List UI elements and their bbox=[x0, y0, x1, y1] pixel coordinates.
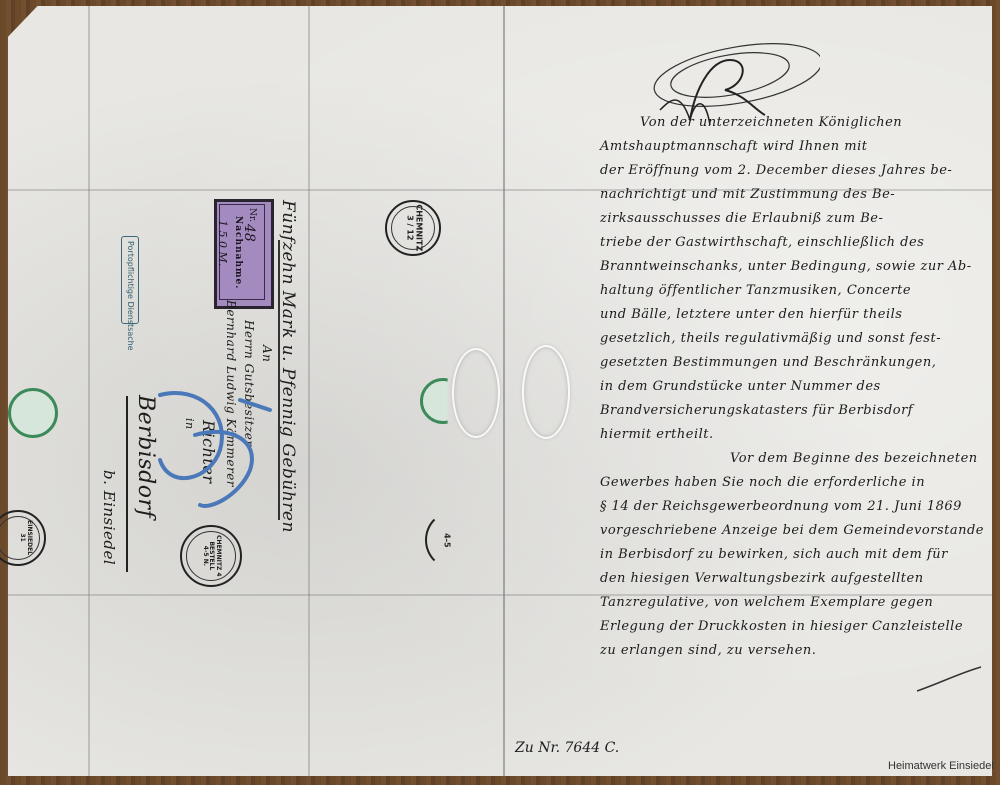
letter-line: Vor dem Beginne des bezeichneten bbox=[600, 451, 995, 475]
letter-line: Tanzregulative, von welchem Exemplare ge… bbox=[600, 595, 995, 619]
letter-line: nachrichtigt und mit Zustimmung des Be- bbox=[600, 187, 995, 211]
reference-note: Zu Nr. 7644 C. bbox=[515, 740, 619, 756]
letter-line: Erlegung der Druckkosten in hiesiger Can… bbox=[600, 619, 995, 643]
letter-line: gesetzten Bestimmungen und Beschränkunge… bbox=[600, 355, 995, 379]
fold-line bbox=[88, 6, 90, 776]
postmark-partial: 4-5 bbox=[425, 510, 485, 570]
letter-line: vorgeschriebene Anzeige bei dem Gemeinde… bbox=[600, 523, 995, 547]
center-fold bbox=[503, 6, 505, 776]
letter-line: Brandversicherungskatasters für Berbisdo… bbox=[600, 403, 995, 427]
embossed-seal bbox=[522, 345, 570, 439]
blue-pencil-mark bbox=[140, 380, 280, 520]
address-line: b. Einsiedel bbox=[100, 470, 118, 565]
letter-line: Gewerbes haben Sie noch die erforderlich… bbox=[600, 475, 995, 499]
green-seal-left bbox=[8, 388, 58, 438]
postmark-chemnitz-top: CHEMNITZ3 / 12 bbox=[385, 200, 441, 256]
letter-line: den hiesigen Verwaltungsbezirk aufgestel… bbox=[600, 571, 995, 595]
letter-line: Von der unterzeichneten Königlichen bbox=[600, 115, 995, 139]
letter-line: Amtshauptmannschaft wird Ihnen mit bbox=[600, 139, 995, 163]
letter-line: und Bälle, letztere unter den hierfür th… bbox=[600, 307, 995, 331]
official-service-stamp: Portopflichtige Dienstsache bbox=[121, 236, 139, 324]
postmark-chemnitz-bottom: CHEMNITZ 4 BESTELL4-5 N. bbox=[180, 525, 242, 587]
letter-line: hiermit ertheilt. bbox=[600, 427, 995, 451]
letter-line: haltung öffentlicher Tanzmusiken, Concer… bbox=[600, 283, 995, 307]
address-underline bbox=[126, 396, 128, 572]
letter-line: in dem Grundstücke unter Nummer des bbox=[600, 379, 995, 403]
address-line: Fünfzehn Mark u. Pfennig Gebühren bbox=[278, 200, 298, 533]
letter-line: Branntweinschanks, unter Bedingung, sowi… bbox=[600, 259, 995, 283]
watermark-credit: Heimatwerk Einsiedel bbox=[888, 760, 994, 772]
letter-line: triebe der Gastwirthschaft, einschließli… bbox=[600, 235, 995, 259]
letter-line: zirksausschusses die Erlaubniß zum Be- bbox=[600, 211, 995, 235]
letter-line: gesetzlich, theils regulativmäßig und so… bbox=[600, 331, 995, 355]
letter-line: der Eröffnung vom 2. December dieses Jah… bbox=[600, 163, 995, 187]
fold-line bbox=[308, 6, 310, 776]
letter-line: zu erlangen sind, zu versehen. bbox=[600, 643, 995, 667]
embossed-seal bbox=[452, 348, 500, 438]
letter-line: § 14 der Reichsgewerbeordnung vom 21. Ju… bbox=[600, 499, 995, 523]
letter-body: Von der unterzeichneten Königlichen Amts… bbox=[600, 115, 995, 667]
cash-on-delivery-label: Nr. 48 Nachnahme. 1 5 0 M. bbox=[214, 199, 274, 309]
pen-stroke bbox=[915, 665, 985, 695]
letter-line: in Berbisdorf zu bewirken, sich auch mit… bbox=[600, 547, 995, 571]
address-line: An bbox=[260, 345, 274, 362]
